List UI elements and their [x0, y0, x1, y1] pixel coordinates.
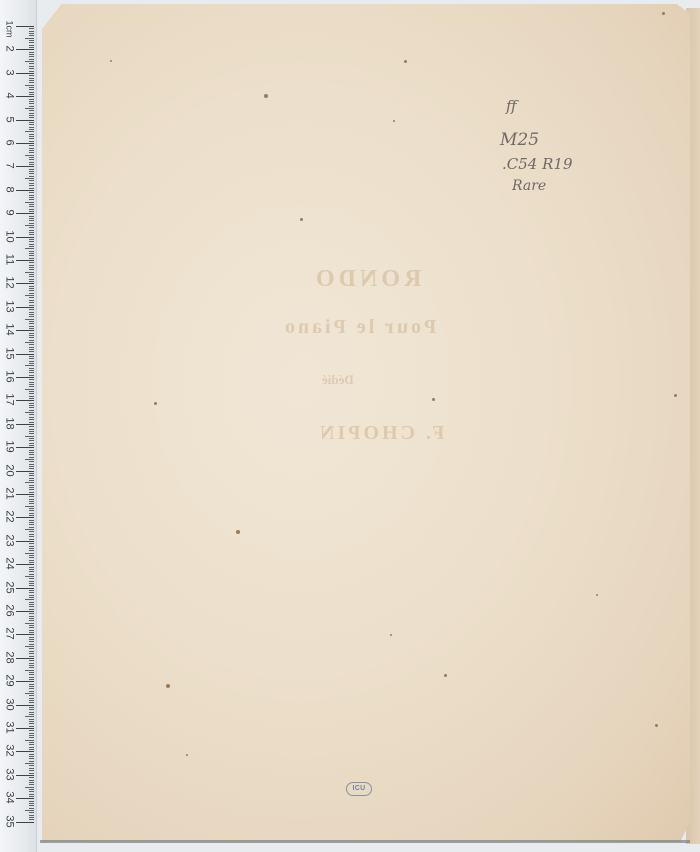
ruler-tick — [29, 28, 34, 29]
ruler-tick — [29, 765, 34, 766]
ruler-tick — [29, 351, 34, 352]
ruler-tick — [29, 300, 34, 301]
ruler-tick — [16, 588, 34, 589]
ruler-tick — [29, 379, 34, 380]
ruler-tick — [29, 54, 34, 55]
ruler-tick — [29, 480, 34, 481]
ruler-tick — [25, 506, 34, 507]
ruler-tick — [29, 571, 34, 572]
ruler-tick — [29, 337, 34, 338]
ruler-tick — [16, 822, 34, 823]
ruler-tick — [29, 641, 34, 642]
ruler-number: 20 — [4, 463, 15, 477]
ruler-tick — [29, 35, 34, 36]
ruler-tick — [29, 450, 34, 451]
ruler-tick — [29, 595, 34, 596]
ruler-tick — [25, 670, 34, 671]
ruler-tick — [29, 702, 34, 703]
ruler-tick — [29, 265, 34, 266]
ruler-tick — [29, 539, 34, 540]
ruler-tick — [29, 159, 34, 160]
ruler-tick — [29, 550, 34, 551]
foxing-spot — [655, 724, 658, 727]
ruler-tick — [29, 522, 34, 523]
ruler-tick — [29, 204, 34, 205]
ruler-tick — [25, 38, 34, 39]
ruler-tick — [29, 375, 34, 376]
handwritten-note-rare: Rare — [512, 178, 546, 194]
ruler-tick — [16, 400, 34, 401]
ruler-tick — [29, 173, 34, 174]
ruler-tick — [29, 164, 34, 165]
ruler-tick — [29, 651, 34, 652]
ruler-tick — [29, 723, 34, 724]
foxing-spot — [674, 394, 677, 397]
ruler-tick — [29, 630, 34, 631]
ruler-tick — [29, 183, 34, 184]
ruler-tick — [29, 569, 34, 570]
ruler-number: 16 — [4, 370, 15, 384]
ruler-tick — [29, 206, 34, 207]
ruler-unit-label: 1cm — [4, 21, 15, 35]
ruler-tick — [29, 637, 34, 638]
ruler-tick — [29, 150, 34, 151]
foxing-spot — [236, 530, 240, 534]
ruler-tick — [16, 377, 34, 378]
ruler-tick — [29, 520, 34, 521]
ruler-tick — [25, 85, 34, 86]
document-page: RONDO Pour le Piano Dédié F. CHOPIN — [42, 4, 690, 842]
ruler-tick — [29, 391, 34, 392]
ruler-tick — [29, 791, 34, 792]
ruler-tick — [29, 92, 34, 93]
ruler-tick — [29, 445, 34, 446]
ruler-tick — [29, 632, 34, 633]
ruler-tick — [25, 623, 34, 624]
bleed-through-composer: F. CHOPIN — [317, 422, 444, 445]
ruler-tick — [29, 473, 34, 474]
ruler-tick — [29, 524, 34, 525]
ruler-tick — [29, 426, 34, 427]
ruler-tick — [29, 754, 34, 755]
ruler-tick — [25, 576, 34, 577]
ruler-tick — [29, 328, 34, 329]
ruler-tick — [29, 700, 34, 701]
ruler-tick — [29, 148, 34, 149]
ruler-number: 21 — [4, 487, 15, 501]
ruler-tick — [29, 534, 34, 535]
ruler-tick — [29, 216, 34, 217]
ruler-tick — [29, 492, 34, 493]
ruler-tick — [29, 66, 34, 67]
ruler-tick — [25, 155, 34, 156]
ruler-tick — [29, 674, 34, 675]
foxing-spot — [110, 60, 112, 62]
ruler-tick — [29, 274, 34, 275]
ruler-tick — [25, 553, 34, 554]
ruler-tick — [29, 782, 34, 783]
ruler-tick — [25, 646, 34, 647]
ruler-tick — [29, 747, 34, 748]
ruler-tick — [29, 220, 34, 221]
ruler-tick — [25, 412, 34, 413]
ruler-tick — [29, 71, 34, 72]
ruler-tick — [29, 560, 34, 561]
ruler-tick — [29, 726, 34, 727]
library-stamp: ICU — [346, 782, 372, 796]
ruler-tick — [29, 171, 34, 172]
ruler-tick — [29, 625, 34, 626]
ruler-tick — [29, 262, 34, 263]
ruler-tick — [29, 370, 34, 371]
ruler-tick — [29, 489, 34, 490]
handwritten-note-call-class: M25 — [500, 132, 539, 148]
ruler-tick — [29, 503, 34, 504]
ruler-tick — [29, 312, 34, 313]
ruler-tick — [16, 517, 34, 518]
ruler-tick — [29, 384, 34, 385]
ruler-tick — [29, 808, 34, 809]
ruler-tick — [29, 218, 34, 219]
ruler-number: 7 — [4, 159, 15, 173]
ruler-tick — [29, 314, 34, 315]
ruler-tick — [29, 761, 34, 762]
ruler-tick — [29, 478, 34, 479]
ruler-number: 30 — [4, 697, 15, 711]
ruler-tick — [29, 169, 34, 170]
ruler-tick — [29, 363, 34, 364]
ruler-tick — [29, 393, 34, 394]
ruler-tick — [29, 794, 34, 795]
ruler-tick — [29, 59, 34, 60]
ruler-tick — [29, 510, 34, 511]
ruler-tick — [29, 709, 34, 710]
ruler-tick — [16, 775, 34, 776]
ruler-tick — [29, 344, 34, 345]
ruler-tick — [29, 101, 34, 102]
ruler-tick — [29, 180, 34, 181]
ruler-tick — [29, 185, 34, 186]
ruler-tick — [29, 195, 34, 196]
ruler-tick — [16, 26, 34, 27]
ruler-tick — [29, 667, 34, 668]
ruler-tick — [29, 730, 34, 731]
ruler-tick — [25, 131, 34, 132]
ruler-tick — [29, 487, 34, 488]
ruler-tick — [29, 396, 34, 397]
ruler-tick — [29, 414, 34, 415]
ruler-tick — [29, 756, 34, 757]
page-bottom-edge — [40, 840, 690, 843]
ruler-tick — [29, 323, 34, 324]
ruler-tick — [16, 705, 34, 706]
ruler-tick — [29, 80, 34, 81]
ruler-tick — [16, 751, 34, 752]
ruler-tick — [25, 178, 34, 179]
ruler-tick — [16, 96, 34, 97]
ruler-tick — [29, 557, 34, 558]
ruler-tick — [29, 496, 34, 497]
ruler-tick — [29, 246, 34, 247]
ruler-tick — [29, 361, 34, 362]
ruler-tick — [29, 438, 34, 439]
ruler-tick — [29, 452, 34, 453]
ruler-tick — [29, 368, 34, 369]
ruler-number: 15 — [4, 346, 15, 360]
ruler-tick — [29, 578, 34, 579]
ruler-tick — [29, 410, 34, 411]
ruler-tick — [29, 152, 34, 153]
ruler-tick — [29, 695, 34, 696]
ruler-tick — [29, 99, 34, 100]
ruler-tick — [25, 319, 34, 320]
ruler-tick — [29, 513, 34, 514]
ruler-tick — [29, 531, 34, 532]
ruler-tick — [29, 665, 34, 666]
ruler-tick — [29, 157, 34, 158]
ruler-tick — [29, 770, 34, 771]
ruler-tick — [29, 433, 34, 434]
ruler-number: 33 — [4, 767, 15, 781]
ruler-tick — [29, 398, 34, 399]
ruler-tick — [29, 405, 34, 406]
ruler-tick — [29, 52, 34, 53]
ruler-number: 25 — [4, 580, 15, 594]
ruler-number: 4 — [4, 89, 15, 103]
ruler-tick — [29, 796, 34, 797]
ruler-tick — [25, 459, 34, 460]
ruler-tick — [29, 75, 34, 76]
ruler-tick — [29, 162, 34, 163]
foxing-spot — [662, 12, 665, 15]
ruler-tick — [25, 763, 34, 764]
ruler-tick — [29, 581, 34, 582]
ruler-tick — [29, 737, 34, 738]
ruler-number: 10 — [4, 229, 15, 243]
ruler-tick — [29, 33, 34, 34]
ruler-tick — [29, 735, 34, 736]
ruler-tick — [25, 693, 34, 694]
ruler-tick — [29, 721, 34, 722]
ruler-tick — [25, 365, 34, 366]
ruler-tick — [29, 443, 34, 444]
ruler-tick — [29, 333, 34, 334]
ruler-tick — [29, 543, 34, 544]
ruler-tick — [29, 585, 34, 586]
ruler-tick — [29, 136, 34, 137]
ruler-tick — [16, 190, 34, 191]
ruler-tick — [29, 82, 34, 83]
ruler-number: 14 — [4, 323, 15, 337]
ruler-tick — [29, 56, 34, 57]
ruler-tick — [29, 211, 34, 212]
ruler-tick — [29, 546, 34, 547]
ruler-tick — [16, 283, 34, 284]
ruler-tick — [29, 733, 34, 734]
ruler-tick — [29, 290, 34, 291]
ruler-tick — [16, 424, 34, 425]
ruler-tick — [29, 276, 34, 277]
ruler-tick — [25, 202, 34, 203]
foxing-spot — [596, 594, 598, 596]
ruler-tick — [25, 599, 34, 600]
ruler-tick — [16, 354, 34, 355]
ruler-tick — [25, 389, 34, 390]
ruler-tick — [29, 590, 34, 591]
ruler-tick — [25, 436, 34, 437]
ruler-number: 9 — [4, 206, 15, 220]
ruler-tick — [25, 787, 34, 788]
ruler-tick — [29, 223, 34, 224]
ruler-tick — [29, 639, 34, 640]
ruler-tick — [29, 606, 34, 607]
ruler-number: 11 — [4, 253, 15, 267]
ruler-tick — [29, 89, 34, 90]
ruler-number: 19 — [4, 440, 15, 454]
ruler-tick — [29, 293, 34, 294]
foxing-spot — [393, 120, 395, 122]
ruler-number: 6 — [4, 136, 15, 150]
foxing-spot — [300, 218, 303, 221]
ruler-tick — [25, 248, 34, 249]
ruler-tick — [29, 744, 34, 745]
ruler-number: 32 — [4, 744, 15, 758]
ruler-tick — [16, 564, 34, 565]
ruler-tick — [29, 567, 34, 568]
ruler-tick — [29, 419, 34, 420]
ruler-tick — [29, 758, 34, 759]
ruler-tick — [29, 122, 34, 123]
ruler-tick — [29, 251, 34, 252]
ruler-number: 24 — [4, 557, 15, 571]
ruler-tick — [29, 279, 34, 280]
ruler-tick — [29, 618, 34, 619]
ruler-tick — [29, 316, 34, 317]
measurement-ruler: 1cm 234567891011121314151617181920212223… — [0, 0, 37, 852]
ruler-tick — [29, 417, 34, 418]
ruler-number: 31 — [4, 721, 15, 735]
ruler-tick — [25, 61, 34, 62]
ruler-tick — [29, 714, 34, 715]
ruler-tick — [29, 653, 34, 654]
ruler-tick — [25, 272, 34, 273]
ruler-tick — [29, 372, 34, 373]
ruler-tick — [29, 356, 34, 357]
ruler-tick — [29, 227, 34, 228]
ruler-tick — [29, 305, 34, 306]
ruler-tick — [16, 658, 34, 659]
ruler-tick — [16, 49, 34, 50]
ruler-tick — [29, 602, 34, 603]
ruler-tick — [29, 403, 34, 404]
ruler-number: 18 — [4, 416, 15, 430]
ruler-tick — [16, 541, 34, 542]
ruler-tick — [16, 330, 34, 331]
ruler-tick — [29, 712, 34, 713]
ruler-tick — [29, 113, 34, 114]
ruler-number: 26 — [4, 604, 15, 618]
ruler-tick — [29, 241, 34, 242]
ruler-tick — [29, 321, 34, 322]
ruler-tick — [29, 199, 34, 200]
ruler-number: 28 — [4, 650, 15, 664]
ruler-tick — [29, 87, 34, 88]
ruler-tick — [16, 73, 34, 74]
ruler-tick — [29, 555, 34, 556]
ruler-tick — [29, 124, 34, 125]
ruler-tick — [29, 679, 34, 680]
ruler-tick — [29, 616, 34, 617]
ruler-tick — [29, 789, 34, 790]
ruler-tick — [29, 688, 34, 689]
ruler-tick — [16, 166, 34, 167]
ruler-tick — [29, 141, 34, 142]
ruler-tick — [25, 740, 34, 741]
ruler-tick — [29, 407, 34, 408]
bleed-through-dedication: Dédié — [322, 372, 354, 388]
ruler-number: 35 — [4, 814, 15, 828]
ruler-tick — [29, 719, 34, 720]
ruler-tick — [16, 120, 34, 121]
ruler-tick — [29, 819, 34, 820]
ruler-tick — [29, 784, 34, 785]
ruler-tick — [16, 143, 34, 144]
ruler-tick — [16, 260, 34, 261]
ruler-tick — [29, 466, 34, 467]
ruler-tick — [29, 340, 34, 341]
ruler-tick — [29, 230, 34, 231]
ruler-tick — [29, 31, 34, 32]
ruler-tick — [29, 644, 34, 645]
ruler-tick — [29, 609, 34, 610]
ruler-tick — [16, 634, 34, 635]
handwritten-note-ff: ff — [506, 98, 517, 114]
ruler-tick — [29, 78, 34, 79]
foxing-spot — [166, 684, 170, 688]
ruler-tick — [29, 288, 34, 289]
ruler-tick — [29, 801, 34, 802]
ruler-tick — [29, 660, 34, 661]
ruler-tick — [16, 213, 34, 214]
ruler-tick — [29, 422, 34, 423]
ruler-number: 12 — [4, 276, 15, 290]
ruler-tick — [29, 648, 34, 649]
ruler-tick — [29, 192, 34, 193]
ruler-tick — [29, 269, 34, 270]
ruler-tick — [29, 431, 34, 432]
ruler-tick — [29, 583, 34, 584]
ruler-tick — [29, 255, 34, 256]
foxing-spot — [390, 634, 392, 636]
ruler-tick — [29, 47, 34, 48]
ruler-tick — [29, 508, 34, 509]
ruler-tick — [25, 529, 34, 530]
ruler-tick — [29, 677, 34, 678]
ruler-number: 29 — [4, 674, 15, 688]
ruler-tick — [25, 810, 34, 811]
ruler-tick — [29, 110, 34, 111]
ruler-number: 27 — [4, 627, 15, 641]
ruler-tick — [29, 815, 34, 816]
handwritten-note-call-cutter: .C54 R19 — [502, 156, 572, 172]
ruler-tick — [29, 485, 34, 486]
foxing-spot — [432, 398, 435, 401]
ruler-tick — [29, 499, 34, 500]
ruler-tick — [29, 604, 34, 605]
ruler-tick — [29, 188, 34, 189]
ruler-tick — [29, 281, 34, 282]
ruler-tick — [29, 475, 34, 476]
